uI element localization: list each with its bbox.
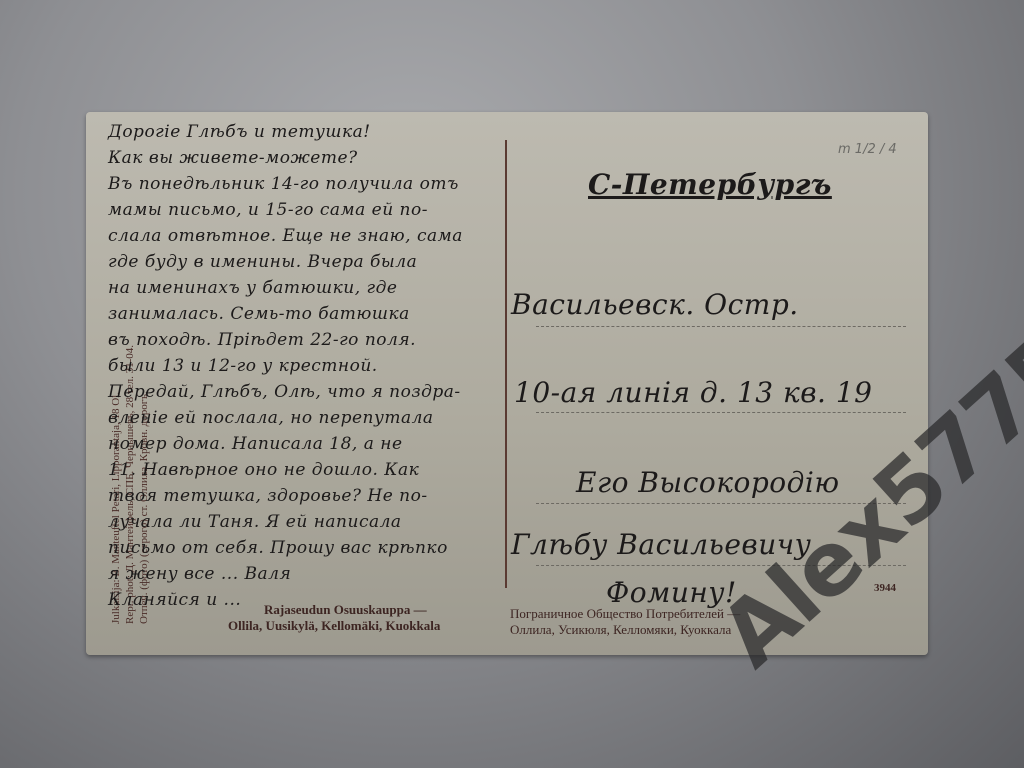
- address-line-3: Его Высокородію: [576, 466, 839, 499]
- message-line: Въ понедѣльник 14-го получила отъ: [108, 174, 459, 194]
- caption-finnish-2: Ollila, Uusikylä, Kellomäki, Kuokkala: [228, 618, 440, 634]
- caption-russian-2: Оллила, Усикюля, Келломяки, Куоккала: [510, 622, 731, 638]
- address-city: С-Петербургъ: [588, 168, 832, 201]
- caption-finnish-1: Rajaseudun Osuuskauppa —: [264, 602, 427, 618]
- message-line: где буду в именины. Вчера была: [108, 252, 417, 272]
- message-line: лучала ли Таня. Я ей написала: [108, 512, 402, 532]
- message-line: Дорогіе Глѣбъ и тетушка!: [108, 122, 371, 142]
- message-line: Кланяйся и ...: [108, 590, 241, 610]
- message-line: мамы письмо, и 15-го сама ей по-: [108, 200, 428, 220]
- address-line-2: 10-ая линія д. 13 кв. 19: [514, 376, 872, 409]
- pencil-note: m 1/2 / 4: [838, 142, 897, 157]
- message-line: твоя тетушка, здоровье? Не по-: [108, 486, 428, 506]
- address-dashed-line: [536, 412, 906, 413]
- message-line: слала отвѣтное. Еще не знаю, сама: [108, 226, 463, 246]
- message-line: на именинахъ у батюшки, где: [108, 278, 397, 298]
- message-line: Как вы живете-можете?: [108, 148, 358, 168]
- message-line: Передай, Глѣбъ, Олѣ, что я поздра-: [108, 382, 461, 402]
- message-line: въ походѣ. Пріѣдет 22-го поля.: [108, 330, 416, 350]
- address-line-1: Васильевск. Остр.: [511, 288, 799, 321]
- message-line: были 13 и 12-го у крестной.: [108, 356, 378, 376]
- message-line: я жену все ... Валя: [108, 564, 291, 584]
- message-line: 11. Навѣрное оно не дошло. Как: [108, 460, 419, 480]
- message-line: вленіе ей послала, но перепутала: [108, 408, 434, 428]
- address-dashed-line: [536, 326, 906, 327]
- message-line: занималась. Семь-то батюшка: [108, 304, 410, 324]
- message-line: письмо от себя. Прошу вас крѣпко: [108, 538, 448, 558]
- message-line: номер дома. Написала 18, а не: [108, 434, 403, 454]
- divider-line: [505, 140, 507, 588]
